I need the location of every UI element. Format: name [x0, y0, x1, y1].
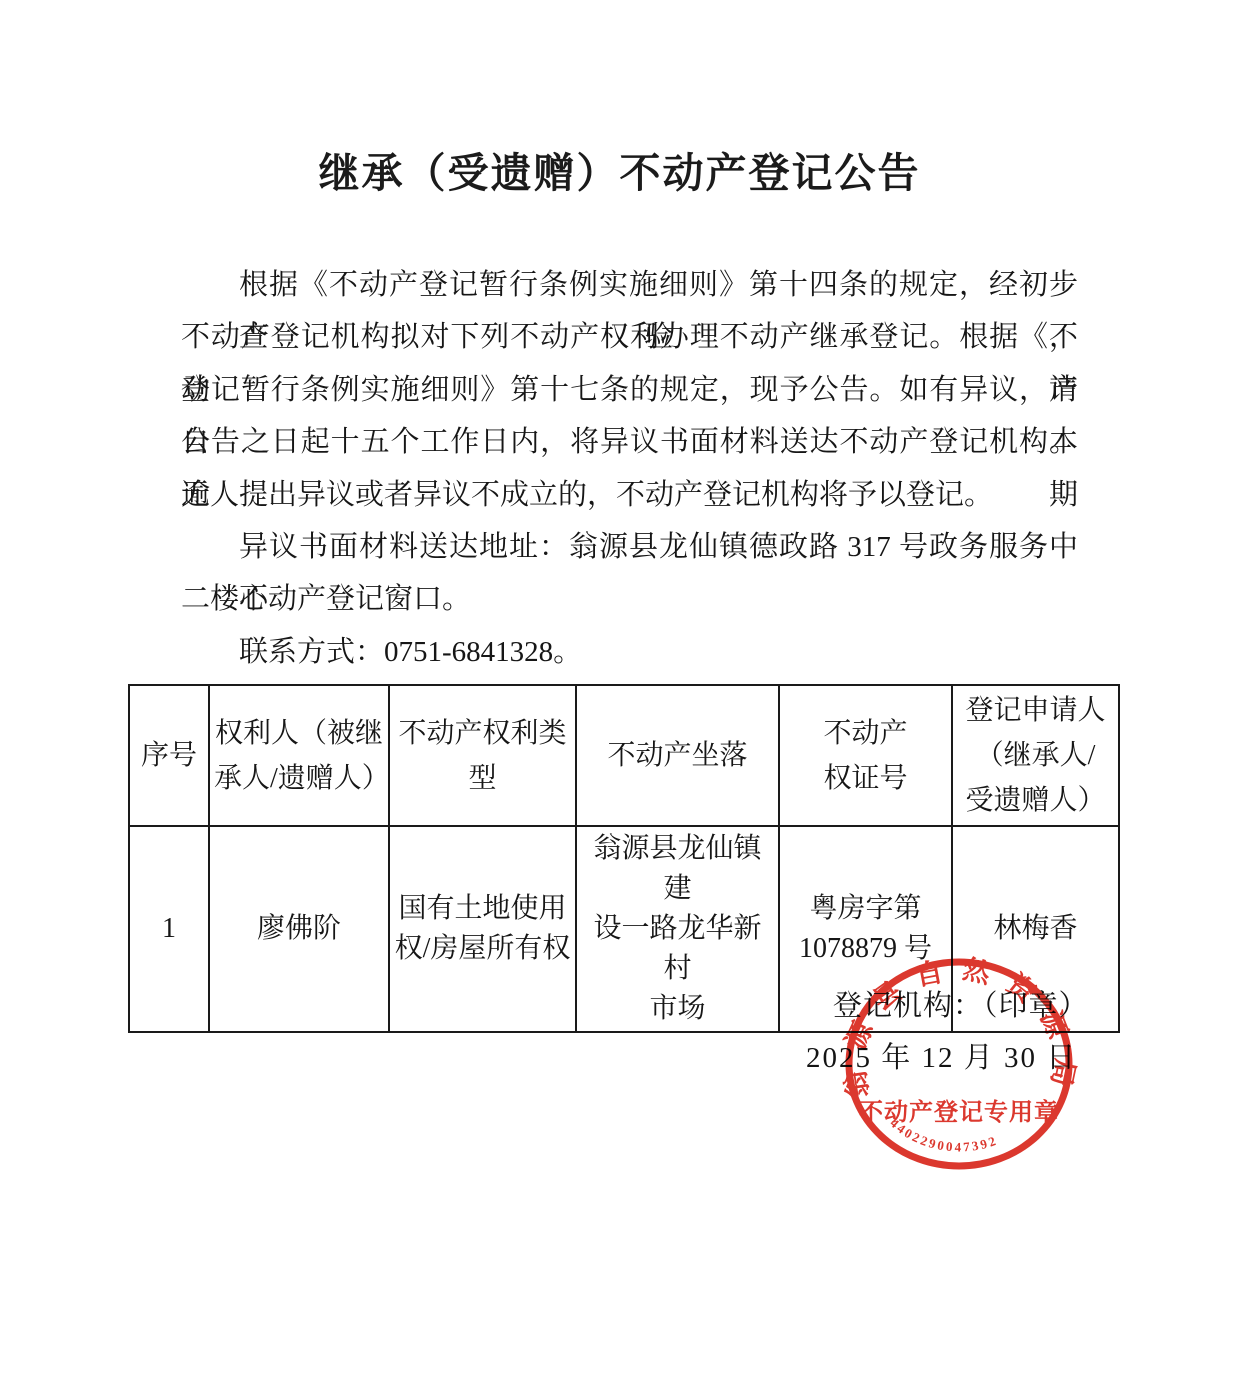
body-line: 联系方式：0751-6841328。	[181, 626, 1078, 678]
table-header-cell: 不动产权利类 型	[389, 685, 576, 826]
announcement-document: 继承（受遗赠）不动产登记公告 根据《不动产登记暂行条例实施细则》第十四条的规定，…	[0, 0, 1239, 1381]
table-header-row: 序号 权利人（被继 承人/遗赠人） 不动产权利类 型 不动产坐落 不动产 权证号…	[129, 685, 1119, 826]
table-header-cell: 不动产 权证号	[779, 685, 952, 826]
body-line: 登记暂行条例实施细则》第十七条的规定，现予公告。如有异议，请自本	[181, 364, 1078, 416]
body-line: 根据《不动产登记暂行条例实施细则》第十四条的规定，经初步查验，	[181, 259, 1078, 311]
table-cell-right-type: 国有土地使用 权/房屋所有权	[389, 826, 576, 1032]
table-cell-seq: 1	[129, 826, 209, 1032]
table-header-cell: 不动产坐落	[576, 685, 779, 826]
stamp-serial-curve: 4402290047392	[887, 1115, 1000, 1154]
page-title: 继承（受遗赠）不动产登记公告	[0, 140, 1239, 199]
body-line: 无人提出异议或者异议不成立的，不动产登记机构将予以登记。	[181, 469, 1078, 521]
table-cell-holder: 廖佛阶	[209, 826, 389, 1032]
signature-date: 2025 年 12 月 30 日	[806, 1035, 1077, 1076]
body-line: 异议书面材料送达地址：翁源县龙仙镇德政路 317 号政务服务中心	[181, 521, 1078, 573]
table-header-cell: 登记申请人 （继承人/ 受遗赠人）	[952, 685, 1119, 826]
registration-table: 序号 权利人（被继 承人/遗赠人） 不动产权利类 型 不动产坐落 不动产 权证号…	[128, 684, 1120, 1033]
table-cell-location: 翁源县龙仙镇建 设一路龙华新村 市场	[576, 826, 779, 1032]
body-line: 公告之日起十五个工作日内，将异议书面材料送达不动产登记机构。逾期	[181, 416, 1078, 468]
table-header-cell: 权利人（被继 承人/遗赠人）	[209, 685, 389, 826]
table-header-cell: 序号	[129, 685, 209, 826]
stamp-serial-number: 4402290047392	[887, 1115, 1000, 1154]
body-text: 根据《不动产登记暂行条例实施细则》第十四条的规定，经初步查验， 不动产登记机构拟…	[181, 259, 1078, 678]
body-line: 二楼不动产登记窗口。	[181, 573, 1078, 625]
stamp-title-text: 不动产登记专用章	[859, 1098, 1059, 1126]
body-line: 不动产登记机构拟对下列不动产权利办理不动产继承登记。根据《不动产	[181, 311, 1078, 363]
signature-agency: 登记机构：（印章）	[833, 983, 1089, 1024]
